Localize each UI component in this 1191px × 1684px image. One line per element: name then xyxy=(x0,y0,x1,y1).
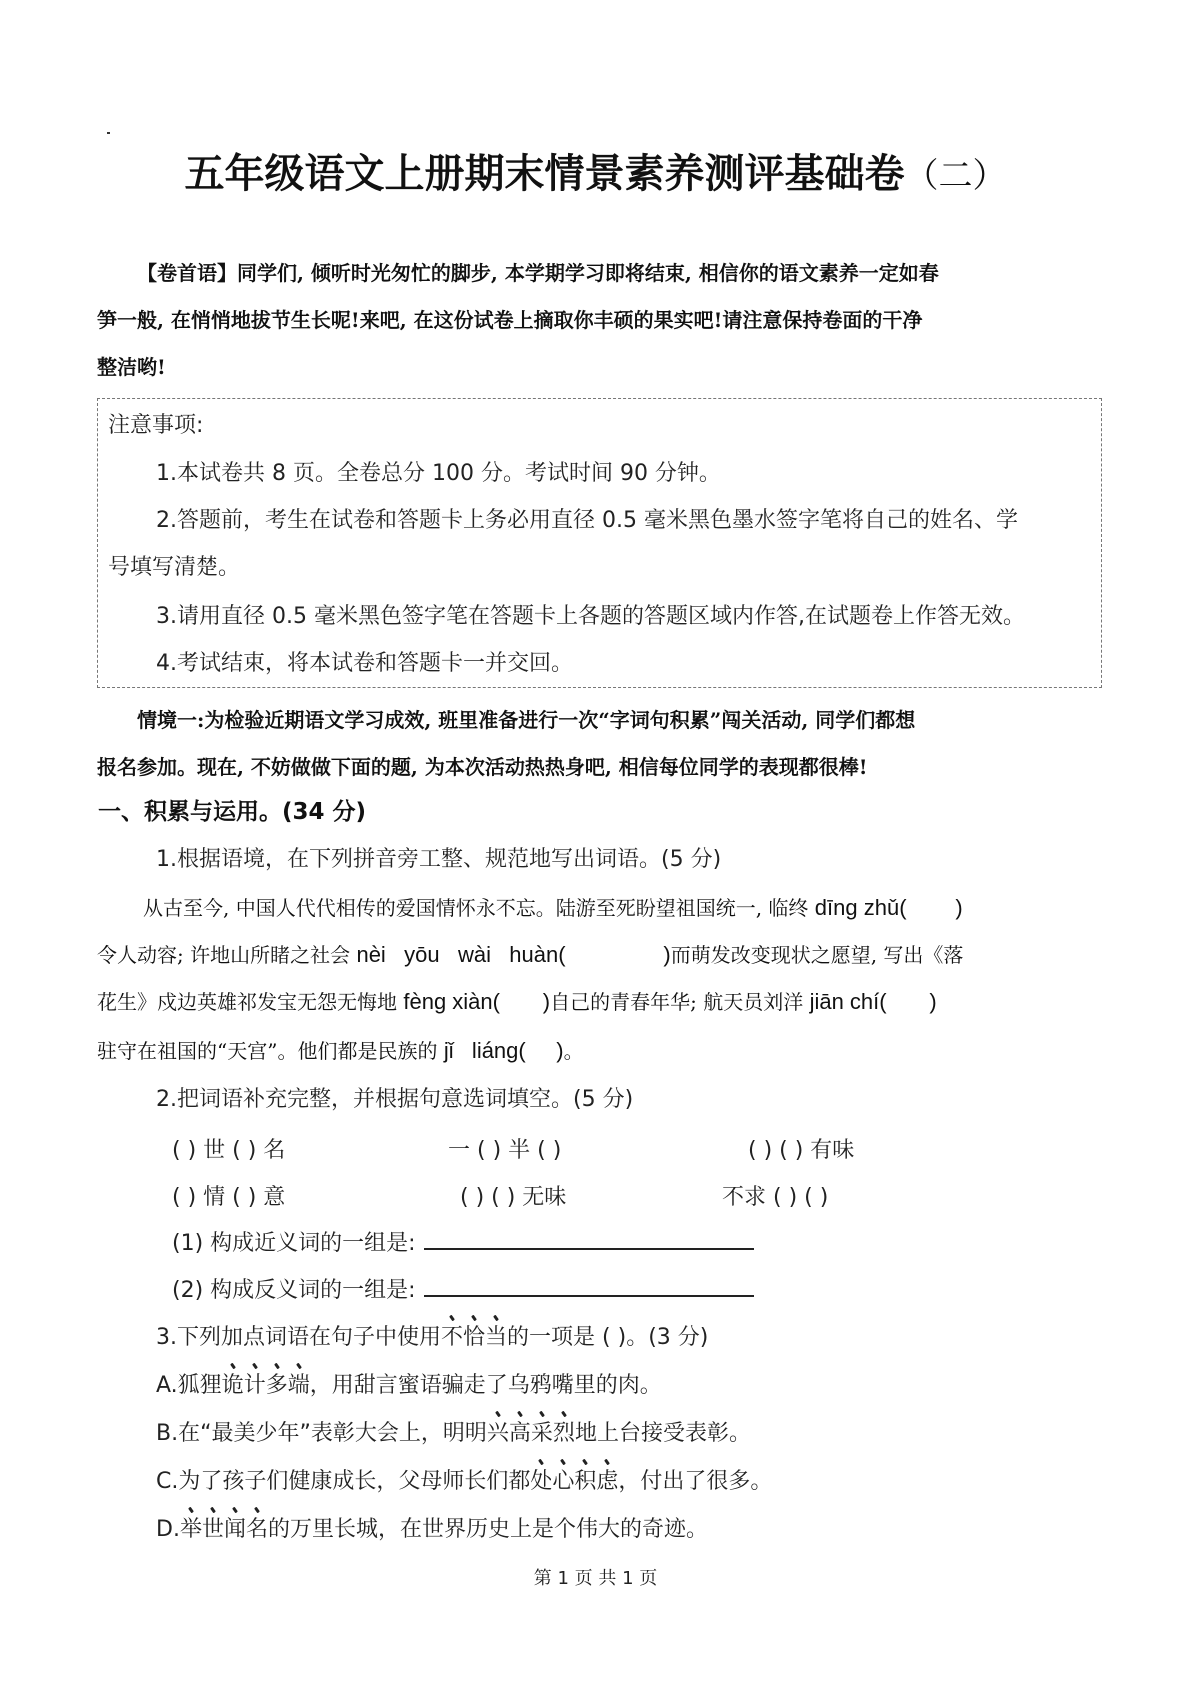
option-rest: ，用甜言蜜语骗走了乌鸦嘴里的肉。 xyxy=(310,1373,662,1398)
q2-idiom-1[interactable]: ( ) 世 ( ) 名 xyxy=(172,1133,285,1164)
notice-box xyxy=(97,398,1102,688)
scenario-line-2: 报名参加。现在, 不妨做做下面的题, 为本次活动热热身吧, 相信每位同学的表现都… xyxy=(97,752,868,782)
q1-line-4: 驻守在祖国的“天宫”。他们都是民族的 jǐ liáng( )。 xyxy=(97,1036,584,1068)
q3-option-c[interactable]: C.为了孩子们健康成长，父母师长们都处心积虑，付出了很多。 xyxy=(156,1467,772,1497)
option-dotted: 兴高采烈 xyxy=(487,1421,575,1446)
q1-prompt: 1.根据语境，在下列拼音旁工整、规范地写出词语。(5 分) xyxy=(156,845,721,875)
option-label: A.狐狸 xyxy=(156,1373,222,1398)
option-dotted: 举世闻名 xyxy=(180,1517,268,1542)
title-main: 五年级语文上册期末情景素养测评基础卷 xyxy=(185,151,905,197)
q2-sub-2: (2) 构成反义词的一组是: xyxy=(172,1275,754,1306)
page-footer: 第 1 页 共 1 页 xyxy=(0,1564,1191,1590)
pinyin-nei-you-wai-huan: nèi yōu wài huàn xyxy=(356,942,558,967)
notice-heading: 注意事项: xyxy=(108,411,203,441)
option-label: B.在“最美少年”表彰大会上，明明 xyxy=(156,1421,487,1446)
intro-line-1: 【卷首语】同学们, 倾听时光匆忙的脚步, 本学期学习即将结束, 相信你的语文素养… xyxy=(137,258,939,288)
q3-option-a[interactable]: A.狐狸诡计多端，用甜言蜜语骗走了乌鸦嘴里的肉。 xyxy=(156,1371,662,1401)
intro-line-3: 整洁哟! xyxy=(97,352,166,382)
q3-dotted-phrase: 不恰当 xyxy=(441,1325,507,1350)
q1-line-3: 花生》戍边英雄祁发宝无怨无悔地 fèng xiàn( )自己的青春年华; 航天员… xyxy=(97,987,937,1019)
option-dotted: 处心积虑 xyxy=(530,1469,618,1494)
q3-prompt-text-2: 的一项是 ( )。(3 分) xyxy=(507,1325,708,1350)
answer-blank-4[interactable]: ( ) xyxy=(879,989,936,1014)
q2-sub-2-label: (2) 构成反义词的一组是: xyxy=(172,1278,416,1303)
q2-idiom-6[interactable]: 不求 ( ) ( ) xyxy=(722,1180,828,1211)
option-rest: ，付出了很多。 xyxy=(618,1469,772,1494)
q3-option-d[interactable]: D.举世闻名的万里长城，在世界历史上是个伟大的奇迹。 xyxy=(156,1515,708,1545)
notice-item-4: 4.考试结束，将本试卷和答题卡一并交回。 xyxy=(156,649,573,679)
q2-idiom-5[interactable]: ( ) ( ) 无味 xyxy=(460,1180,566,1211)
q2-idiom-3[interactable]: ( ) ( ) 有味 xyxy=(748,1133,854,1164)
q1-text: 花生》戍边英雄祁发宝无怨无悔地 xyxy=(97,990,403,1014)
notice-item-2-cont: 号填写清楚。 xyxy=(108,553,240,583)
q2-sub-1-label: (1) 构成近义词的一组是: xyxy=(172,1231,416,1256)
option-dotted: 诡计多端 xyxy=(222,1373,310,1398)
answer-line-antonyms[interactable] xyxy=(424,1275,754,1297)
notice-item-1: 1.本试卷共 8 页。全卷总分 100 分。考试时间 90 分钟。 xyxy=(156,459,721,489)
q2-sub-1: (1) 构成近义词的一组是: xyxy=(172,1228,754,1259)
q1-line-1: 从古至今, 中国人代代相传的爱国情怀永不忘。陆游至死盼望祖国统一, 临终 dīn… xyxy=(143,893,963,925)
pinyin-ding-zhu: dīng zhǔ xyxy=(815,895,899,920)
option-label: D. xyxy=(156,1517,180,1542)
q3-prompt: 3.下列加点词语在句子中使用不恰当的一项是 ( )。(3 分) xyxy=(156,1323,708,1353)
q1-text: 自己的青春年华; 航天员刘洋 xyxy=(550,990,809,1014)
answer-blank-3[interactable]: ( ) xyxy=(493,989,550,1014)
option-rest: 的万里长城，在世界历史上是个伟大的奇迹。 xyxy=(268,1517,708,1542)
q2-prompt: 2.把词语补充完整，并根据句意选词填空。(5 分) xyxy=(156,1085,633,1115)
q1-text: 而萌发改变现状之愿望, 写出《落 xyxy=(671,943,964,967)
pinyin-ji-liang: jǐ liáng xyxy=(444,1038,519,1063)
scenario-line-1: 情境一:为检验近期语文学习成效, 班里准备进行一次“字词句积累”闯关活动, 同学… xyxy=(137,705,915,735)
option-label: C.为了孩子们健康成长，父母师长们都 xyxy=(156,1469,530,1494)
answer-blank-2[interactable]: ( ) xyxy=(558,942,670,967)
pinyin-jian-chi: jiān chí xyxy=(810,989,880,1014)
q1-text: 。 xyxy=(564,1039,584,1063)
pinyin-feng-xian: fèng xiàn xyxy=(403,989,492,1014)
answer-blank-5[interactable]: ( ) xyxy=(518,1038,563,1063)
q1-line-2: 令人动容; 许地山所睹之社会 nèi yōu wài huàn( )而萌发改变现… xyxy=(97,940,963,972)
q1-text: 从古至今, 中国人代代相传的爱国情怀永不忘。陆游至死盼望祖国统一, 临终 xyxy=(143,896,815,920)
q1-text: 令人动容; 许地山所睹之社会 xyxy=(97,943,356,967)
option-rest: 地上台接受表彰。 xyxy=(575,1421,751,1446)
answer-line-synonyms[interactable] xyxy=(424,1228,754,1250)
title-suffix: （二） xyxy=(905,156,1007,196)
section-1-heading: 一、积累与运用。(34 分) xyxy=(98,797,366,827)
scan-mark xyxy=(107,132,110,134)
answer-blank-1[interactable]: ( ) xyxy=(899,895,963,920)
q2-idiom-2[interactable]: 一 ( ) 半 ( ) xyxy=(448,1133,561,1164)
q3-prompt-text: 3.下列加点词语在句子中使用 xyxy=(156,1325,441,1350)
q1-text: 驻守在祖国的“天宫”。他们都是民族的 xyxy=(97,1039,444,1063)
notice-item-2: 2.答题前，考生在试卷和答题卡上务必用直径 0.5 毫米黑色墨水签字笔将自己的姓… xyxy=(156,506,1018,536)
q3-option-b[interactable]: B.在“最美少年”表彰大会上，明明兴高采烈地上台接受表彰。 xyxy=(156,1419,751,1449)
q2-idiom-4[interactable]: ( ) 情 ( ) 意 xyxy=(172,1180,285,1211)
page-title: 五年级语文上册期末情景素养测评基础卷（二） xyxy=(0,146,1191,204)
notice-item-3: 3.请用直径 0.5 毫米黑色签字笔在答题卡上各题的答题区域内作答,在试题卷上作… xyxy=(156,602,1025,632)
intro-line-2: 笋一般, 在悄悄地拔节生长呢!来吧, 在这份试卷上摘取你丰硕的果实吧!请注意保持… xyxy=(97,305,922,335)
